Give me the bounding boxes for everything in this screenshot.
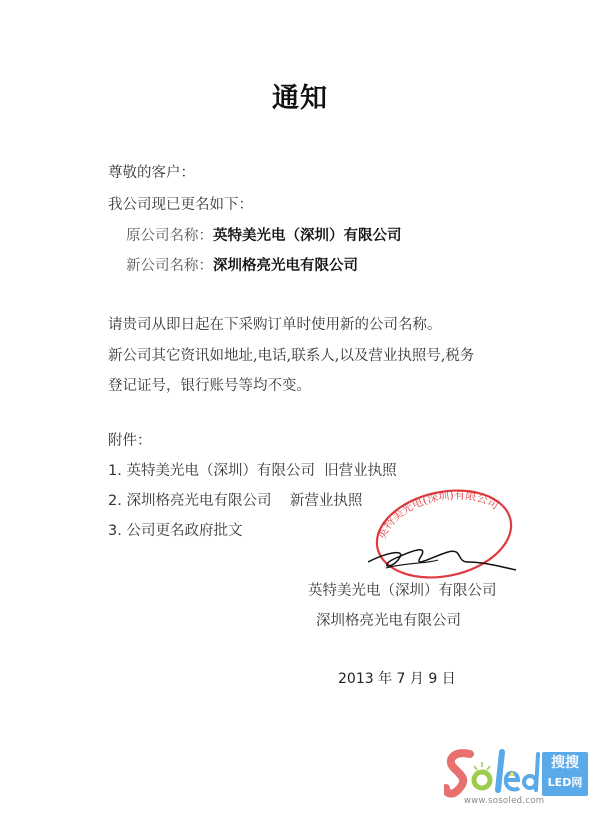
company-stamp: 英特美光电(深圳)有限公司 bbox=[368, 482, 516, 582]
watermark-logo: 搜搜 LED网 www.sosoled.com bbox=[444, 748, 594, 808]
greeting: 尊敬的客户： bbox=[108, 164, 195, 182]
soled-logo-icon bbox=[444, 748, 544, 798]
old-name-label: 原公司名称： bbox=[126, 228, 213, 244]
signatory-company-new: 深圳格亮光电有限公司 bbox=[316, 612, 461, 630]
attachment-number: 2. bbox=[108, 493, 122, 509]
old-company-row: 原公司名称：英特美光电（深圳）有限公司 bbox=[126, 227, 402, 245]
new-company-row: 新公司名称：深圳格亮光电有限公司 bbox=[126, 257, 358, 275]
attachment-text: 英特美光电（深圳）有限公司 旧营业执照 bbox=[126, 463, 396, 479]
attachment-text: 深圳格亮光电有限公司 新营业执照 bbox=[126, 493, 362, 509]
badge-line-1: 搜搜 bbox=[542, 752, 588, 774]
attachment-text: 公司更名政府批文 bbox=[126, 523, 242, 539]
attachments-heading: 附件： bbox=[108, 432, 152, 450]
attachment-number: 3. bbox=[108, 523, 122, 539]
paragraph-use-new-name: 请贵司从即日起在下采购订单时使用新的公司名称。 bbox=[108, 316, 442, 334]
attachment-item: 1. 英特美光电（深圳）有限公司 旧营业执照 bbox=[108, 462, 397, 480]
sosoled-badge: 搜搜 LED网 bbox=[542, 752, 588, 796]
attachment-item: 2. 深圳格亮光电有限公司 新营业执照 bbox=[108, 492, 362, 510]
attachment-number: 1. bbox=[108, 463, 122, 479]
stamp-seal-icon: 英特美光电(深圳)有限公司 bbox=[368, 482, 516, 582]
new-name-value: 深圳格亮光电有限公司 bbox=[213, 258, 358, 274]
svg-text:英特美光电(深圳)有限公司: 英特美光电(深圳)有限公司 bbox=[374, 488, 501, 541]
old-name-value: 英特美光电（深圳）有限公司 bbox=[213, 228, 402, 244]
intro-text: 我公司现已更名如下： bbox=[108, 196, 253, 214]
document-date: 2013 年 7 月 9 日 bbox=[338, 668, 456, 688]
watermark-url: www.sosoled.com bbox=[464, 796, 544, 806]
paragraph-unchanged-line-2: 登记证号，银行账号等均不变。 bbox=[108, 377, 311, 395]
new-name-label: 新公司名称： bbox=[126, 258, 213, 274]
attachment-item: 3. 公司更名政府批文 bbox=[108, 522, 242, 540]
badge-line-2: LED网 bbox=[542, 774, 588, 792]
paragraph-unchanged-line-1: 新公司其它资讯如地址,电话,联系人,以及营业执照号,税务 bbox=[108, 347, 474, 365]
signatory-company-old: 英特美光电（深圳）有限公司 bbox=[308, 582, 497, 600]
document-title: 通知 bbox=[0, 76, 600, 115]
